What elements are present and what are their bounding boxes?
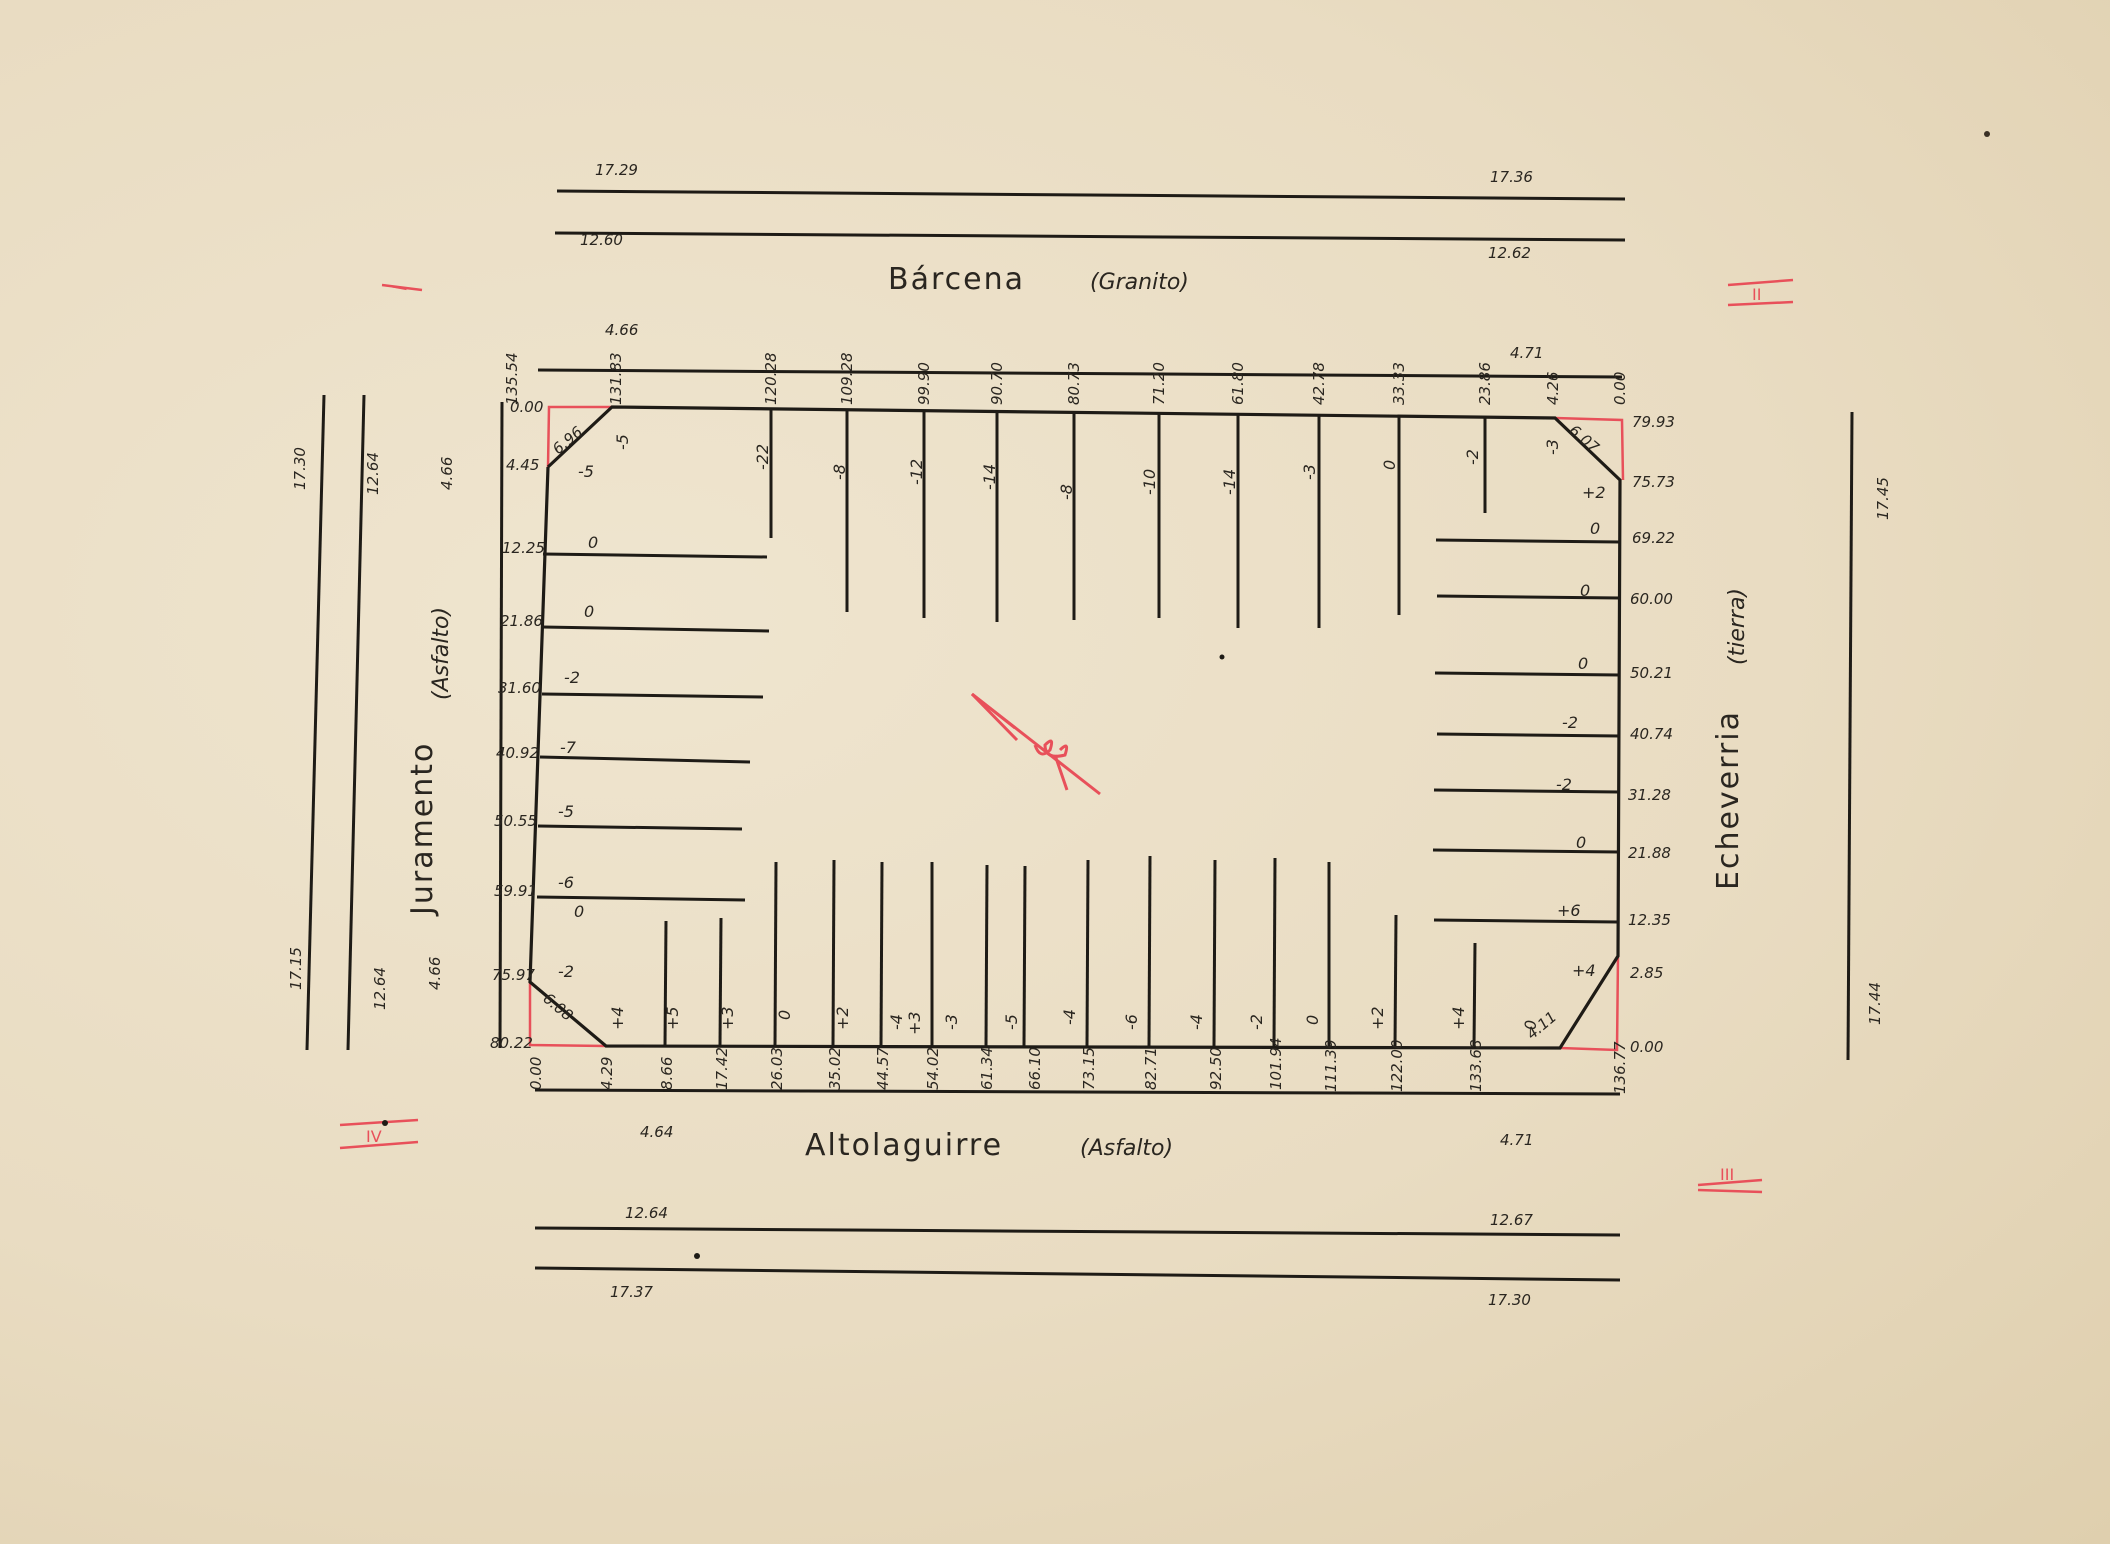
svg-text:21.86: 21.86 [500,612,543,630]
survey-plan: Bárcena (Granito) Altolaguirre (Asfalto)… [0,0,2110,1544]
svg-text:99.90: 99.90 [915,362,933,405]
svg-text:-3: -3 [1300,464,1319,480]
svg-text:+5: +5 [663,1006,682,1030]
north-side-distances: 135.54 131.83 120.28 109.28 99.90 90.70 … [503,353,1629,406]
svg-text:23.86: 23.86 [1476,362,1494,405]
svg-text:+3: +3 [905,1011,924,1035]
svg-text:21.88: 21.88 [1628,844,1671,862]
corner-marker-iii: III [1720,1165,1734,1184]
svg-text:-4: -4 [887,1014,906,1030]
svg-text:-5: -5 [613,434,632,450]
dim-label: 4.66 [438,457,456,490]
svg-text:0: 0 [588,533,598,552]
dim-label: 12.64 [371,967,389,1010]
dim-label: 4.66 [605,321,638,339]
dim-label: 17.36 [1490,168,1533,186]
svg-text:-7: -7 [560,738,577,757]
svg-text:44.57: 44.57 [874,1047,892,1090]
svg-text:+4: +4 [1572,961,1596,980]
dim-label: 12.62 [1488,244,1531,262]
chamfer-label-nw: 6.96 [549,423,586,458]
dim-label: 17.30 [1488,1291,1531,1309]
south-side-levels: +4 +5 +3 0 +2 -4 +3 -3 -5 -4 -6 -4 -2 0 … [608,1006,1540,1035]
dim-label: 4.71 [1500,1131,1533,1149]
svg-text:109.28: 109.28 [838,353,856,406]
north-side-levels: -5 -22 -8 -12 -14 -8 -10 -14 -3 0 -2 -3 [613,434,1562,500]
dim-label: 12.67 [1490,1211,1533,1229]
dim-label: 12.60 [580,231,623,249]
svg-text:61.34: 61.34 [978,1047,996,1090]
north-inner-curb-line [555,233,1625,240]
svg-text:-3: -3 [1543,439,1562,455]
svg-text:0: 0 [1580,581,1590,600]
svg-text:0: 0 [1576,833,1586,852]
svg-text:0: 0 [574,902,584,921]
svg-text:75.97: 75.97 [492,966,535,984]
svg-text:40.74: 40.74 [1630,725,1673,743]
ink-dot [382,1120,388,1126]
svg-text:-8: -8 [1057,484,1076,500]
survey-sheet: Bárcena (Granito) Altolaguirre (Asfalto)… [0,0,2110,1544]
svg-text:82.71: 82.71 [1142,1047,1160,1090]
dim-label: 17.44 [1866,982,1884,1025]
corner-marker-ii: II [1752,285,1761,304]
dim-label: 17.30 [291,447,309,490]
svg-text:12.35: 12.35 [1628,911,1671,929]
south-property-line [535,1090,1620,1094]
svg-text:-10: -10 [1140,469,1159,495]
dim-label: 4.66 [426,957,444,990]
svg-text:92.50: 92.50 [1207,1047,1225,1090]
svg-text:101.94: 101.94 [1267,1038,1285,1091]
north-arrow-icon [972,694,1100,794]
west-street-name: Juramento [405,742,440,917]
red-corner-outlines [530,407,1623,1050]
svg-text:-3: -3 [942,1014,961,1030]
svg-text:60.00: 60.00 [1630,590,1673,608]
svg-text:4.45: 4.45 [506,456,539,474]
dim-label: 12.64 [364,452,382,495]
dim-label: 12.64 [625,1204,668,1222]
svg-text:2.85: 2.85 [1630,964,1663,982]
south-inner-curb-line [535,1228,1620,1235]
svg-text:-2: -2 [1463,449,1482,465]
west-side-distances: 0.00 4.45 12.25 21.86 31.60 40.92 50.55 … [490,398,545,1052]
svg-text:-4: -4 [1187,1014,1206,1030]
svg-text:0: 0 [584,602,594,621]
svg-text:-8: -8 [830,464,849,480]
north-outer-curb-line [557,191,1625,199]
svg-text:-2: -2 [1247,1014,1266,1030]
svg-text:50.21: 50.21 [1630,664,1673,682]
svg-text:+6: +6 [1557,901,1581,920]
svg-text:-22: -22 [753,444,772,470]
svg-text:0.00: 0.00 [1630,1038,1663,1056]
svg-text:-5: -5 [558,802,574,821]
svg-text:-14: -14 [980,464,999,490]
ink-dot [1220,655,1225,660]
west-inner-curb-line [348,395,364,1050]
svg-text:0.00: 0.00 [527,1057,545,1090]
svg-text:131.83: 131.83 [607,353,625,406]
svg-text:+3: +3 [718,1006,737,1030]
dim-label: 17.37 [610,1283,653,1301]
svg-text:90.70: 90.70 [988,362,1006,405]
chamfer-label-ne: 6.07 [1565,421,1603,457]
svg-text:80.73: 80.73 [1065,362,1083,405]
east-side-levels: +2 0 0 0 -2 -2 0 +6 +4 [1556,483,1606,980]
dim-label: 17.15 [287,947,305,990]
svg-text:75.73: 75.73 [1632,473,1675,491]
svg-text:136.77: 136.77 [1611,1041,1629,1094]
south-outer-curb-line [535,1268,1620,1280]
svg-text:111.39: 111.39 [1322,1040,1340,1093]
north-street-name: Bárcena [888,262,1025,297]
svg-text:8.66: 8.66 [658,1057,676,1090]
svg-text:4.26: 4.26 [1544,372,1562,405]
corner-marker-iv: IV [366,1127,382,1146]
east-side-distances: 79.93 75.73 69.22 60.00 50.21 40.74 31.2… [1628,413,1675,1056]
svg-text:0: 0 [1521,1020,1540,1030]
svg-text:0: 0 [1578,654,1588,673]
svg-text:35.02: 35.02 [826,1047,844,1090]
corner-marker-i: I [387,283,412,293]
svg-text:71.20: 71.20 [1150,362,1168,405]
svg-text:80.22: 80.22 [490,1034,533,1052]
west-property-line [500,402,502,1048]
svg-text:+2: +2 [1368,1006,1387,1030]
lot-lines [537,409,1620,1047]
south-street-name: Altolaguirre [805,1128,1003,1163]
svg-text:0: 0 [775,1010,794,1020]
svg-text:-4: -4 [1060,1009,1079,1025]
svg-text:+2: +2 [1582,483,1606,502]
svg-text:122.00: 122.00 [1388,1040,1406,1093]
svg-text:50.55: 50.55 [494,812,537,830]
svg-text:61.80: 61.80 [1229,362,1247,405]
svg-text:31.60: 31.60 [498,679,541,697]
svg-text:-2: -2 [558,962,574,981]
ink-dot [694,1253,700,1259]
svg-text:-2: -2 [1556,775,1572,794]
svg-text:-6: -6 [558,873,574,892]
svg-text:-2: -2 [564,668,580,687]
svg-text:31.28: 31.28 [1628,786,1671,804]
dim-label: 17.29 [595,161,638,179]
svg-text:120.28: 120.28 [762,353,780,406]
svg-text:+4: +4 [1449,1006,1468,1030]
svg-text:0.00: 0.00 [510,398,543,416]
svg-text:12.25: 12.25 [502,539,545,557]
svg-text:79.93: 79.93 [1632,413,1675,431]
west-side-levels: -5 0 0 -2 -7 -5 -6 0 -2 [558,462,598,981]
svg-text:69.22: 69.22 [1632,529,1675,547]
svg-text:+4: +4 [608,1006,627,1030]
svg-text:40.92: 40.92 [496,744,539,762]
svg-text:54.02: 54.02 [924,1047,942,1090]
svg-text:42.78: 42.78 [1310,362,1328,405]
svg-text:4.29: 4.29 [598,1057,616,1090]
north-street-surface: (Granito) [1090,270,1189,295]
dim-label: 4.71 [1510,344,1543,362]
west-street-surface: (Asfalto) [429,607,454,700]
svg-text:66.10: 66.10 [1026,1047,1044,1090]
dim-label: 4.64 [640,1123,673,1141]
svg-text:0: 0 [1303,1015,1322,1025]
svg-text:133.68: 133.68 [1467,1040,1485,1093]
ink-dot [1984,131,1990,137]
svg-text:0: 0 [1380,460,1399,470]
svg-text:17.42: 17.42 [713,1047,731,1090]
south-street-surface: (Asfalto) [1080,1136,1173,1161]
svg-text:-6: -6 [1122,1014,1141,1030]
svg-text:33.33: 33.33 [1390,362,1408,405]
svg-text:0: 0 [1590,519,1600,538]
dim-label: 17.45 [1874,477,1892,520]
svg-text:-14: -14 [1220,469,1239,495]
east-curb-line [1848,412,1852,1060]
west-outer-curb-line [307,395,324,1050]
svg-text:59.91: 59.91 [494,882,537,900]
svg-text:0.00: 0.00 [1611,372,1629,405]
svg-text:73.15: 73.15 [1080,1047,1098,1090]
svg-text:26.03: 26.03 [768,1047,786,1090]
svg-text:-2: -2 [1562,713,1578,732]
svg-text:-12: -12 [907,459,926,485]
east-street-name: Echeverria [1711,710,1746,890]
east-street-surface: (tierra) [1725,588,1750,665]
svg-text:+2: +2 [833,1006,852,1030]
svg-text:-5: -5 [578,462,594,481]
svg-text:-5: -5 [1002,1014,1021,1030]
